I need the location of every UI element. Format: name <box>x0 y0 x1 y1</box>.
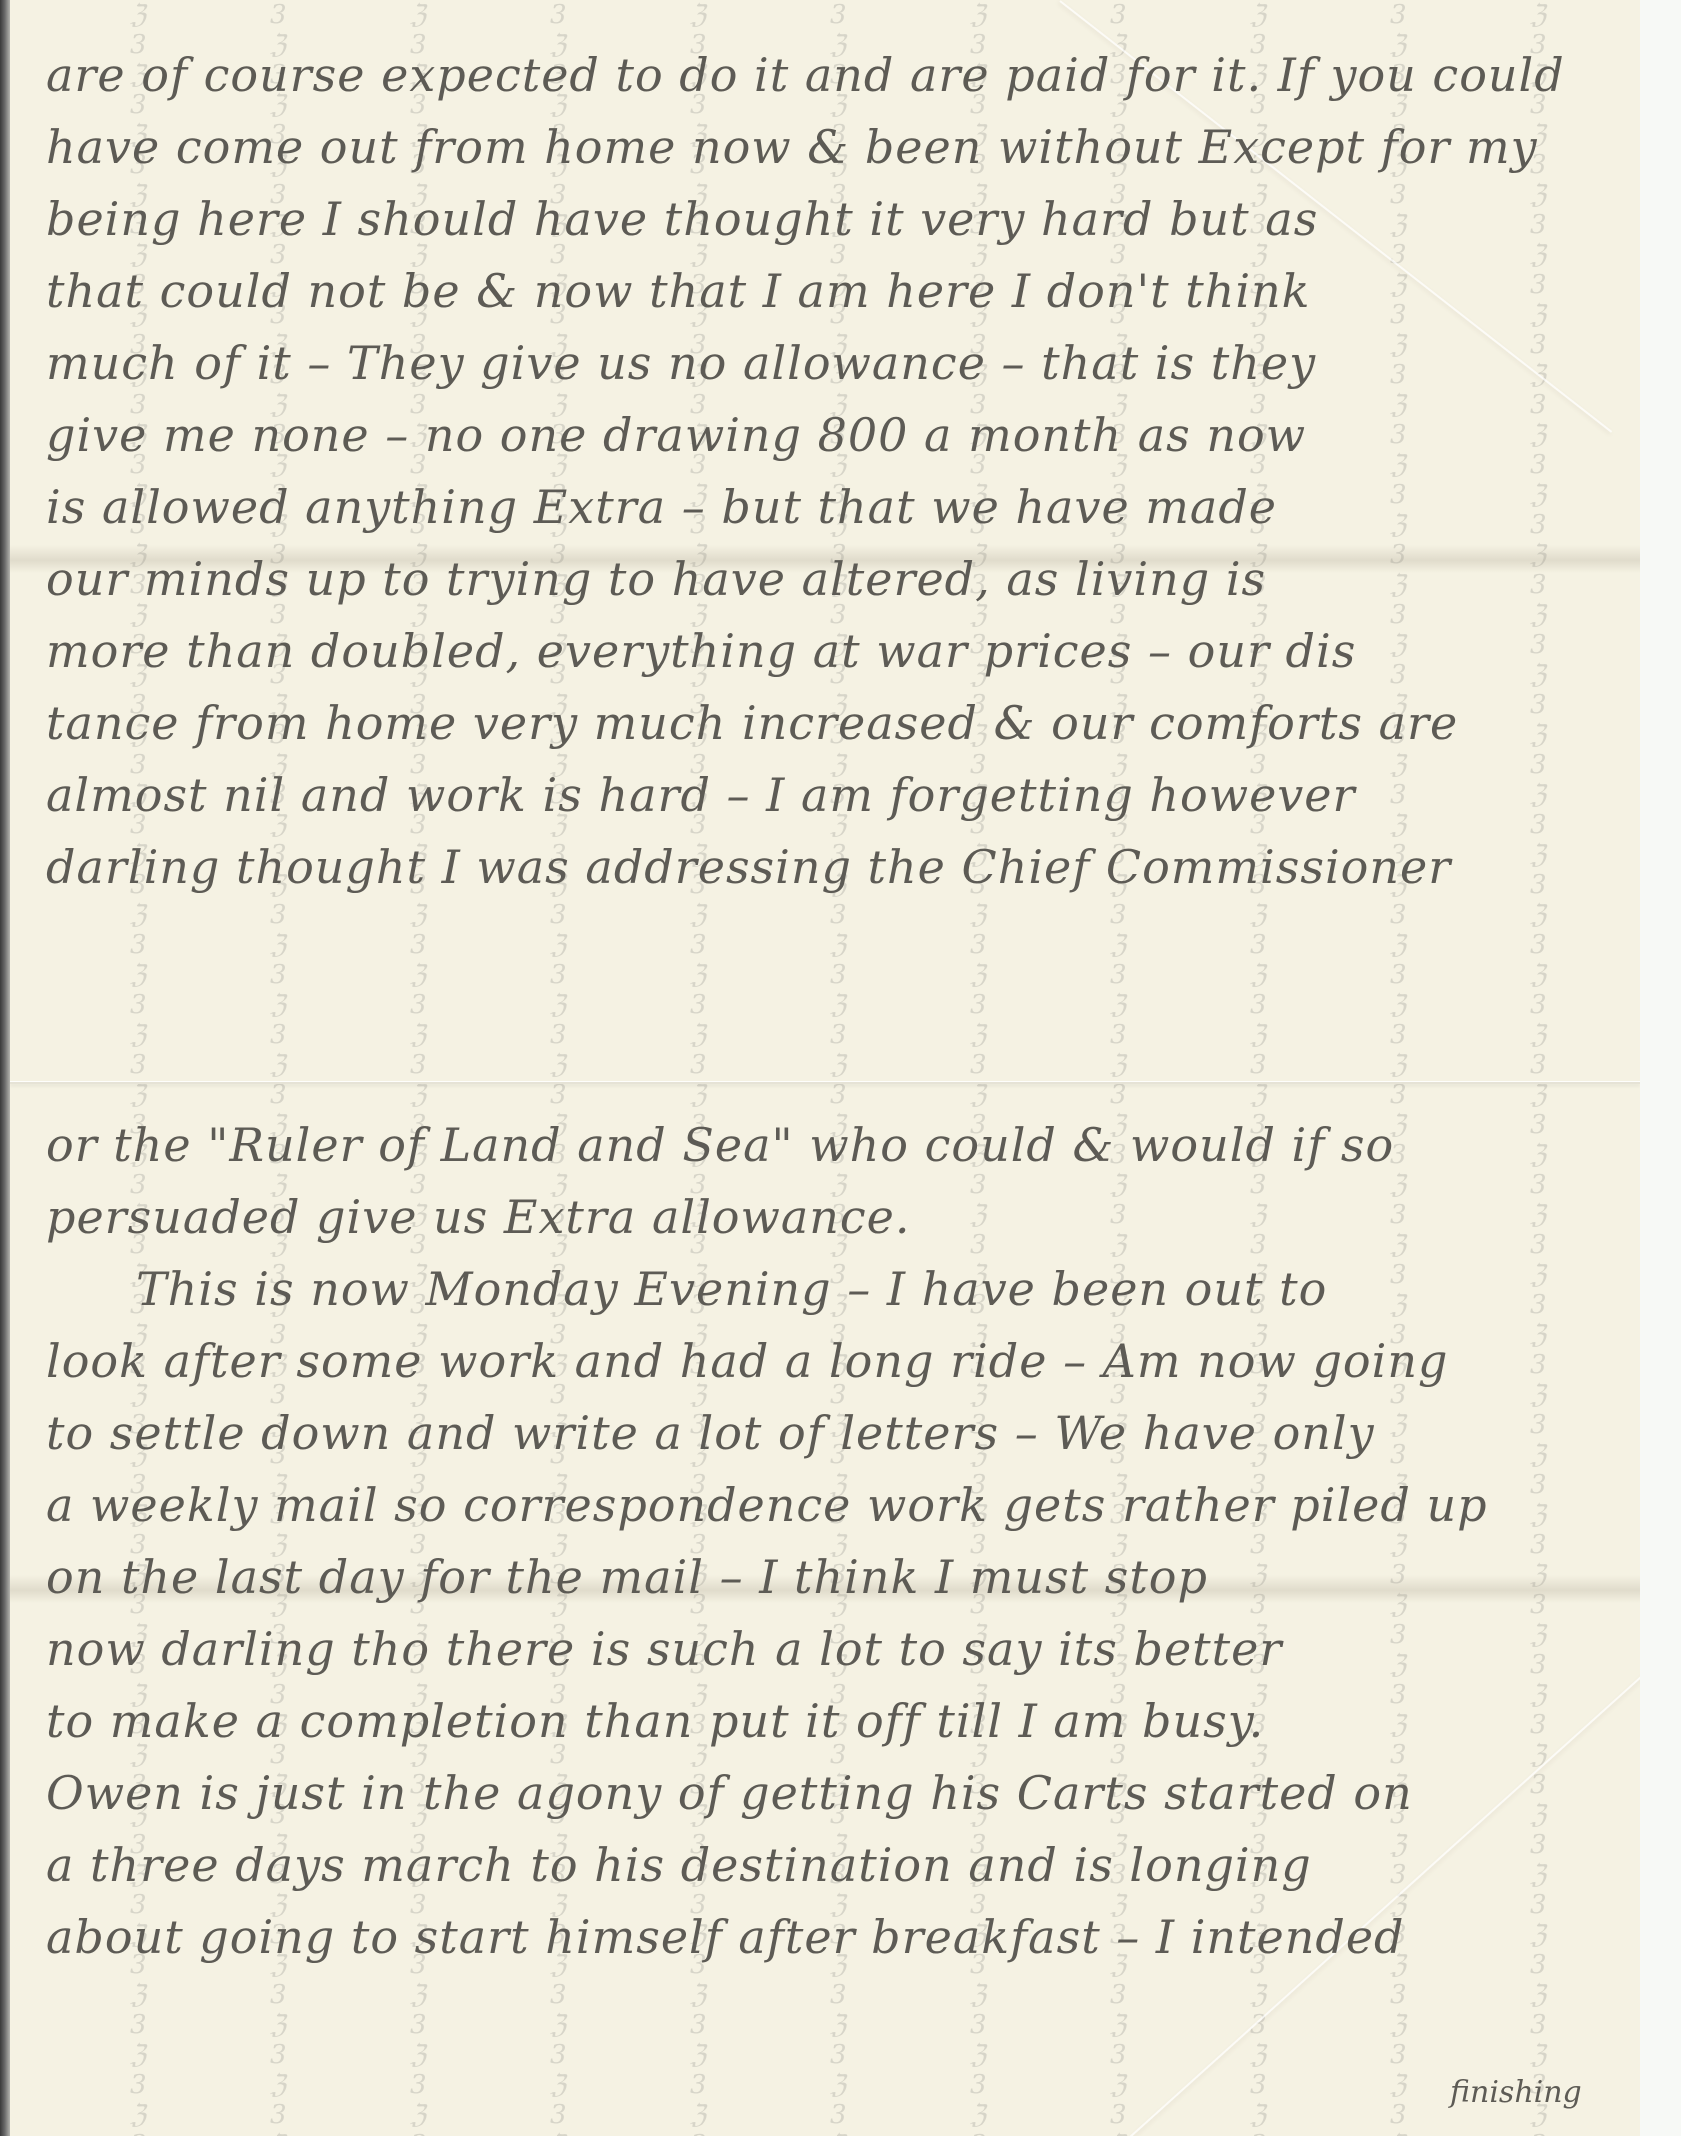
letter-line: tance from home very much increased & ou… <box>46 688 1636 758</box>
letter-line: our minds up to trying to have altered, … <box>46 544 1636 614</box>
letter-line: Owen is just in the agony of getting his… <box>46 1758 1636 1828</box>
letter-paper: ℨ3ℨ3ℨ3ℨ3ℨ3ℨ3ℨ3ℨ3ℨ3ℨ3ℨ3ℨ3ℨ3ℨ3ℨ3ℨ3ℨ3ℨ3ℨ3ℨ3… <box>10 0 1640 2136</box>
letter-line: on the last day for the mail – I think I… <box>46 1542 1636 1612</box>
letter-line: a weekly mail so correspondence work get… <box>46 1470 1636 1540</box>
scanned-letter-page: ℨ3ℨ3ℨ3ℨ3ℨ3ℨ3ℨ3ℨ3ℨ3ℨ3ℨ3ℨ3ℨ3ℨ3ℨ3ℨ3ℨ3ℨ3ℨ3ℨ3… <box>0 0 1681 2136</box>
letter-line: is allowed anything Extra – but that we … <box>46 472 1636 542</box>
letter-line: now darling tho there is such a lot to s… <box>46 1614 1636 1684</box>
letter-line: almost nil and work is hard – I am forge… <box>46 760 1636 830</box>
margin-note-continuation: finishing <box>1450 2075 1582 2110</box>
letter-line: darling thought I was addressing the Chi… <box>46 832 1636 902</box>
letter-line: or the "Ruler of Land and Sea" who could… <box>46 1110 1636 1180</box>
scan-right-edge <box>1640 0 1681 2136</box>
letter-line: are of course expected to do it and are … <box>46 40 1636 110</box>
letter-line: give me none – no one drawing 800 a mont… <box>46 400 1636 470</box>
letter-line: look after some work and had a long ride… <box>46 1326 1636 1396</box>
letter-line: being here I should have thought it very… <box>46 184 1636 254</box>
letter-line: have come out from home now & been witho… <box>46 112 1636 182</box>
letter-line: that could not be & now that I am here I… <box>46 256 1636 326</box>
letter-line: persuaded give us Extra allowance. <box>46 1182 1636 1252</box>
letter-body: are of course expected to do it and are … <box>46 0 1636 2136</box>
letter-line: to settle down and write a lot of letter… <box>46 1398 1636 1468</box>
letter-line: a three days march to his destination an… <box>46 1830 1636 1900</box>
letter-line: much of it – They give us no allowance –… <box>46 328 1636 398</box>
letter-line-paragraph-start: This is now Monday Evening – I have been… <box>46 1254 1636 1324</box>
letter-line: to make a completion than put it off til… <box>46 1686 1636 1756</box>
letter-line: more than doubled, everything at war pri… <box>46 616 1636 686</box>
letter-line: about going to start himself after break… <box>46 1902 1636 1972</box>
